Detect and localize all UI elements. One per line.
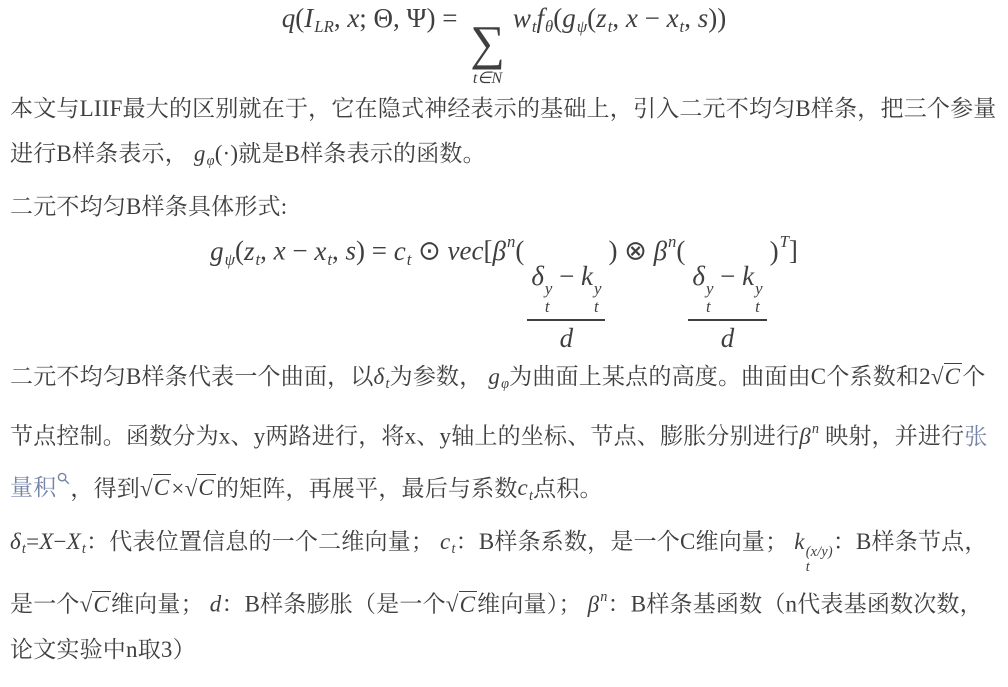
math-base: c — [440, 529, 450, 554]
text-run: − — [638, 3, 667, 33]
text-run: , — [612, 3, 626, 33]
text-run: ( — [676, 236, 685, 266]
fraction-denominator: d — [721, 321, 735, 354]
text-run: ; Θ, Ψ) = — [359, 3, 464, 33]
text-run: ) ⊗ — [608, 236, 653, 266]
math-scripted: βn — [492, 236, 515, 266]
math-superscript: y — [755, 280, 762, 298]
math-scripted: k(x/y)t — [794, 529, 833, 554]
math-base: x — [314, 236, 326, 266]
math-scripted: ct — [518, 475, 534, 500]
math-superscript: y — [594, 280, 601, 298]
math-superscript: T — [780, 232, 789, 251]
math-base: β — [588, 592, 600, 617]
math-scripted: βn — [588, 592, 608, 617]
text-run: , — [260, 236, 274, 266]
text-run: 二元不均匀B样条具体形式: — [10, 194, 287, 219]
fraction-numerator: δyt − kyt — [688, 261, 766, 320]
paragraph-intro: 本文与LIIF最大的区别就在于，它在隐式神经表示的基础上，引入二元不均匀B样条，… — [10, 86, 998, 184]
math-scripted: gφ — [488, 364, 509, 389]
text-run: , — [684, 3, 698, 33]
math-base: g — [210, 236, 224, 266]
sigma-icon: ∑ — [470, 20, 505, 66]
radical-sign-icon: √ — [185, 475, 198, 500]
math-scripts: (x/y)t — [806, 545, 833, 575]
math-scripted: xt — [314, 236, 332, 266]
math-base: k — [581, 261, 593, 291]
text-run: ( — [515, 236, 524, 266]
text-run: 二元不均匀B样条代表一个曲面，以 — [10, 364, 374, 389]
sum-lower-limit: t∈N — [473, 70, 502, 86]
radicand: C — [944, 363, 963, 389]
math-base: β — [654, 236, 667, 266]
text-run: ( — [553, 3, 562, 33]
radicand: C — [197, 474, 216, 500]
math-subscript: φ — [501, 376, 509, 392]
math-base: c — [518, 475, 528, 500]
math-base: g — [562, 3, 576, 33]
math-scripted: δt — [10, 529, 26, 554]
paragraph-symbol-definitions: δt=X−Xt：代表位置信息的一个二维向量； ct：B样条系数，是一个C维向量；… — [10, 519, 998, 672]
math-identifier: q — [282, 3, 296, 33]
text-run: − — [54, 529, 67, 554]
paragraph-bspline-form-heading: 二元不均匀B样条具体形式: — [10, 184, 998, 229]
math-base: z — [596, 3, 607, 33]
math-scripted: βn — [799, 424, 819, 449]
math-scripted: kyt — [581, 261, 601, 291]
radical-sign-icon: √ — [80, 592, 93, 617]
math-base: g — [194, 141, 206, 166]
math-scripted: δyt — [531, 261, 552, 291]
radicand: C — [153, 474, 172, 500]
math-base: δ — [10, 529, 21, 554]
math-base: β — [799, 424, 811, 449]
text-run: ( — [295, 3, 304, 33]
text-run: = — [26, 529, 39, 554]
math-fraction: δyt − kytd — [527, 261, 605, 353]
math-identifier: X — [39, 529, 53, 554]
article-body: q(ILR, x; Θ, Ψ) = ∑t∈Nwtfθ(gψ(zt, x − xt… — [0, 0, 1008, 672]
text-run: )) — [708, 3, 726, 33]
radicand: C — [92, 591, 111, 617]
text-run: ：B样条膨胀（是一个 — [221, 592, 445, 617]
math-base: x — [667, 3, 679, 33]
math-identifier: x — [347, 3, 359, 33]
math-scripted: kyt — [742, 261, 762, 291]
math-subscript: t — [594, 298, 599, 316]
math-subscript: t — [545, 298, 550, 316]
text-run: 维向量）； — [477, 592, 587, 617]
text-run: 映射，并进行 — [819, 424, 964, 449]
math-subscript: t — [706, 298, 711, 316]
math-identifier: d — [560, 323, 574, 353]
text-run: , — [332, 236, 346, 266]
math-scripted: ct — [440, 529, 456, 554]
sqrt-expression: √C — [80, 591, 111, 617]
sqrt-expression: √C — [140, 474, 171, 500]
radical-sign-icon: √ — [931, 364, 944, 389]
math-scripted: gψ — [210, 236, 235, 266]
text-run: ( — [587, 3, 596, 33]
formula-display-q: q(ILR, x; Θ, Ψ) = ∑t∈Nwtfθ(gψ(zt, x − xt… — [10, 0, 998, 86]
math-base: c — [394, 236, 406, 266]
math-identifier: vec — [448, 236, 484, 266]
math-identifier: s — [698, 3, 709, 33]
text-run: 为参数， — [390, 364, 489, 389]
math-scripted: zt — [244, 236, 260, 266]
math-identifier: x — [626, 3, 638, 33]
math-subscript: t — [755, 298, 760, 316]
math-subscript: t — [806, 560, 810, 575]
sqrt-expression: √C — [185, 474, 216, 500]
math-superscript: (x/y) — [806, 545, 833, 560]
formula-display-gpsi: gψ(zt, x − xt, s) = ct ⊙ vec[βn(δyt − ky… — [10, 233, 998, 354]
math-base: β — [492, 236, 505, 266]
text-run: , — [334, 3, 348, 33]
math-scripted: βn — [654, 236, 677, 266]
text-run: ] — [789, 236, 798, 266]
text-run: (·)就是B样条表示的函数。 — [215, 141, 486, 166]
math-base: ) — [770, 236, 779, 266]
math-base: z — [244, 236, 255, 266]
math-scripted: ILR — [304, 3, 334, 33]
text-run: ( — [235, 236, 244, 266]
text-run: − — [286, 236, 315, 266]
math-subscript: φ — [207, 153, 215, 169]
math-superscript: n — [600, 589, 607, 605]
math-scripted: xt — [667, 3, 685, 33]
text-run: ) = — [356, 236, 394, 266]
math-subscript: ψ — [225, 250, 235, 269]
paragraph-bspline-explanation: 二元不均匀B样条代表一个曲面，以δt为参数， gφ为曲面上某点的高度。曲面由C个… — [10, 354, 998, 519]
fraction-denominator: d — [560, 321, 574, 354]
sqrt-expression: √C — [446, 591, 477, 617]
math-fraction: δyt − kytd — [688, 261, 766, 353]
math-identifier: s — [346, 236, 357, 266]
radical-sign-icon: √ — [446, 592, 459, 617]
math-scripts: yt — [755, 280, 762, 315]
math-scripted: gψ — [562, 3, 587, 33]
text-run: − — [552, 261, 581, 291]
math-scripted: fθ — [537, 3, 554, 33]
math-scripted: ct — [394, 236, 412, 266]
text-run: ：B样条系数，是一个C维向量； — [456, 529, 795, 554]
math-base: f — [537, 3, 545, 33]
math-base: I — [304, 3, 313, 33]
text-run: ，得到 — [70, 475, 140, 500]
math-identifier: d — [210, 592, 222, 617]
radical-sign-icon: √ — [140, 475, 153, 500]
text-run: × — [171, 475, 184, 500]
math-base: δ — [531, 261, 544, 291]
text-run: − — [713, 261, 742, 291]
math-scripted: Xt — [67, 529, 86, 554]
fraction-numerator: δyt − kyt — [527, 261, 605, 320]
math-base: w — [513, 3, 531, 33]
text-run: 为曲面上某点的高度。曲面由C个系数和2 — [509, 364, 931, 389]
text-run: 点积。 — [533, 475, 603, 500]
math-base: g — [488, 364, 500, 389]
math-identifier: x — [274, 236, 286, 266]
math-base: δ — [374, 364, 385, 389]
math-scripts: yt — [594, 280, 601, 315]
text-run: 本文与LIIF最大的区别就在于，它在隐式神经表示的基础上，引入二元不均匀B样条，… — [10, 96, 997, 166]
math-base: X — [67, 529, 81, 554]
math-subscript: ψ — [577, 17, 587, 36]
math-scripted: wt — [513, 3, 537, 33]
text-run: 维向量； — [111, 592, 210, 617]
radicand: C — [459, 591, 478, 617]
math-identifier: d — [721, 323, 735, 353]
math-base: k — [794, 529, 804, 554]
math-scripted: δyt — [692, 261, 713, 291]
text-run: ⊙ — [411, 236, 447, 266]
text-run: ：代表位置信息的一个二维向量； — [86, 529, 440, 554]
math-base: k — [742, 261, 754, 291]
sqrt-expression: √C — [931, 363, 962, 389]
math-subscript: LR — [314, 17, 334, 36]
text-run: 的矩阵，再展平，最后与系数 — [216, 475, 518, 500]
math-scripted: )T — [770, 236, 789, 266]
search-icon — [57, 474, 70, 488]
math-scripted: δt — [374, 364, 390, 389]
math-scripted: gφ — [194, 141, 215, 166]
math-base: δ — [692, 261, 705, 291]
math-scripted: zt — [596, 3, 612, 33]
sum-operator: ∑t∈N — [470, 20, 505, 85]
